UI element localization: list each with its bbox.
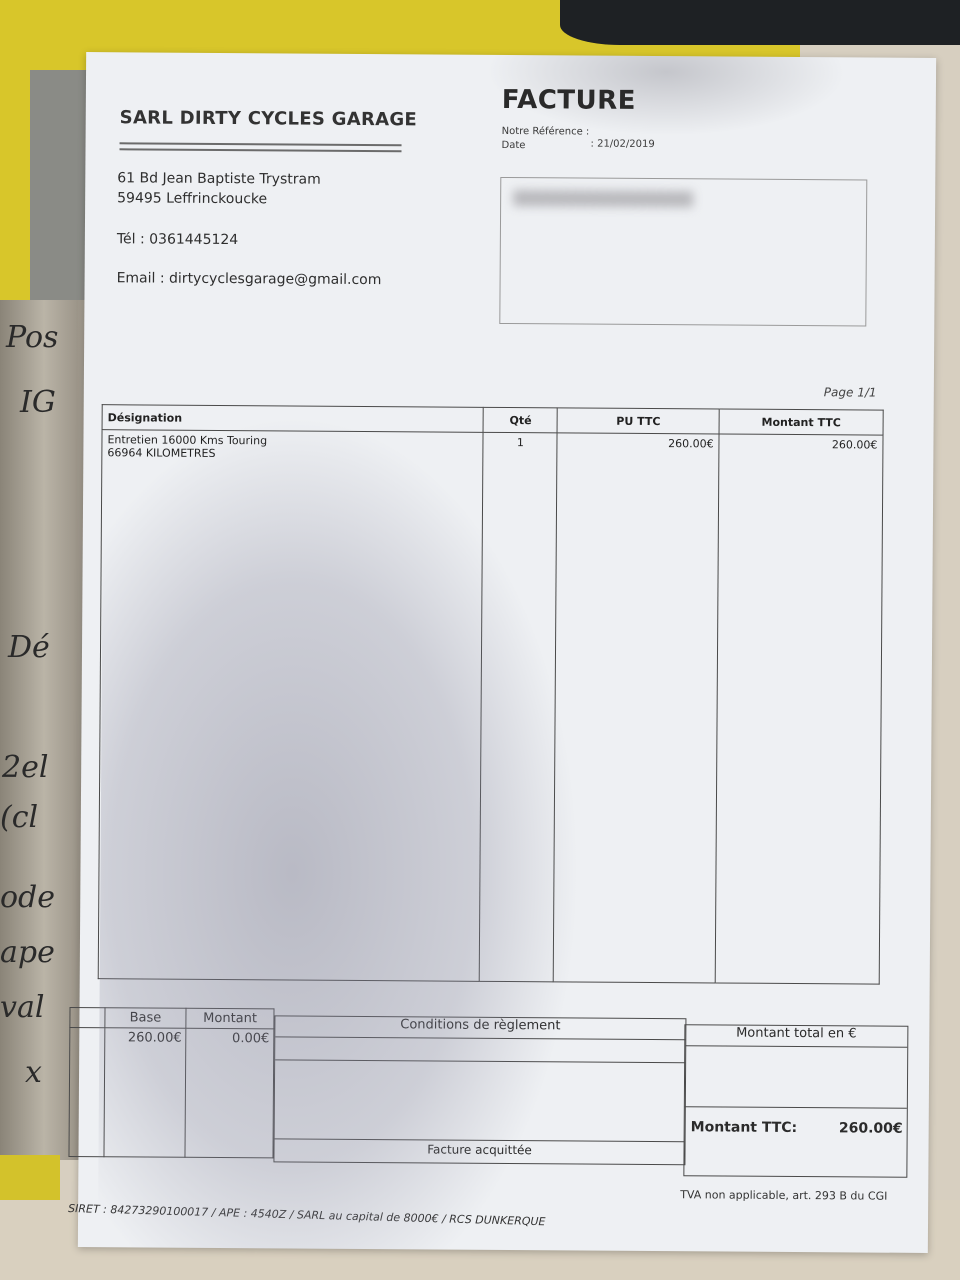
invoice-title: FACTURE — [502, 85, 636, 116]
handwriting: Pos — [6, 320, 58, 355]
tva-note: TVA non applicable, art. 293 B du CGI — [680, 1188, 887, 1202]
table-row: Entretien 16000 Kms Touring 66964 KILOME… — [98, 430, 883, 984]
line-items-table: Désignation Qté PU TTC Montant TTC Entre… — [98, 404, 884, 984]
column-header-amount: Montant TTC — [719, 409, 883, 435]
tax-header-blank — [70, 1007, 105, 1027]
company-name: SARL DIRTY CYCLES GARAGE — [120, 107, 417, 130]
invoice-document: SARL DIRTY CYCLES GARAGE 61 Bd Jean Bapt… — [78, 52, 936, 1253]
handwriting: (cl — [0, 800, 38, 835]
invoice-paid-note: Facture acquittée — [274, 1139, 684, 1158]
date-value: : 21/02/2019 — [591, 139, 655, 150]
yellow-folder-edge — [0, 1155, 60, 1205]
total-label: Montant TTC: — [691, 1119, 798, 1136]
legal-footer: SIRET : 84273290100017 / APE : 4540Z / S… — [68, 1202, 546, 1228]
tax-base: 260.00€ — [104, 1028, 187, 1158]
handwriting: 2el — [2, 750, 48, 785]
column-header-designation: Désignation — [102, 405, 484, 433]
tax-header-amount: Montant — [186, 1008, 274, 1029]
divider — [120, 142, 402, 146]
company-phone: Tél : 0361445124 — [117, 231, 238, 248]
payment-conditions-row — [275, 1037, 685, 1063]
company-address-line1: 61 Bd Jean Baptiste Trystram — [117, 170, 321, 187]
total-blank-area — [685, 1046, 907, 1109]
tax-header-base: Base — [104, 1008, 186, 1029]
item-unit-price: 260.00€ — [554, 433, 720, 983]
payment-conditions-header: Conditions de règlement — [275, 1016, 685, 1040]
item-designation-detail: 66964 KILOMETRES — [107, 446, 478, 462]
handwriting: ape — [0, 935, 55, 970]
handwriting: IG — [20, 385, 56, 420]
item-designation-cell: Entretien 16000 Kms Touring 66964 KILOME… — [98, 430, 483, 982]
total-line: Montant TTC: 260.00€ — [685, 1107, 907, 1137]
page-number: Page 1/1 — [824, 385, 877, 399]
handwriting: ode — [0, 880, 55, 915]
company-email: Email : dirtycyclesgarage@gmail.com — [117, 270, 382, 288]
handwriting: Dé — [8, 630, 50, 665]
redacted-client-name — [513, 190, 693, 207]
total-value: 260.00€ — [839, 1120, 903, 1136]
dark-object — [560, 0, 960, 45]
column-header-qty: Qté — [483, 407, 557, 433]
handwriting: x — [25, 1055, 42, 1090]
tax-row: 260.00€ 0.00€ — [69, 1027, 274, 1157]
tax-table: Base Montant 260.00€ 0.00€ — [68, 1007, 274, 1158]
client-address-box — [499, 177, 867, 327]
column-header-unit-price: PU TTC — [557, 408, 719, 434]
payment-conditions-body — [275, 1060, 686, 1142]
reference-label: Notre Référence : — [502, 126, 590, 138]
payment-conditions-box: Conditions de règlement Facture acquitté… — [273, 1015, 686, 1165]
item-amount: 260.00€ — [715, 434, 883, 984]
total-box: Montant total en € Montant TTC: 260.00€ — [683, 1024, 908, 1178]
date-label: Date — [502, 140, 526, 151]
company-address-line2: 59495 Leffrinckoucke — [117, 190, 267, 207]
total-header: Montant total en € — [685, 1025, 907, 1048]
tax-rate — [69, 1027, 105, 1156]
tax-header-row: Base Montant — [70, 1007, 274, 1028]
handwriting: val — [0, 990, 44, 1025]
divider — [119, 148, 401, 152]
item-qty: 1 — [480, 432, 558, 982]
tax-amount: 0.00€ — [185, 1028, 274, 1158]
